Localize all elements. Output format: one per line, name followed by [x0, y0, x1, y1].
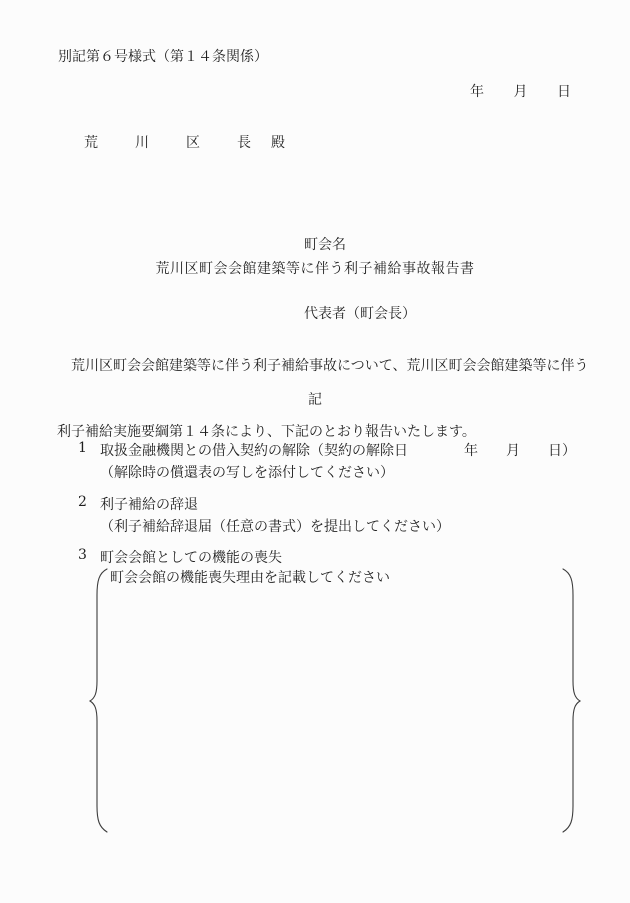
item-3-text: 町会会館としての機能の喪失	[100, 547, 282, 567]
document-title: 荒川区町会会館建築等に伴う利子補給事故報告書	[0, 258, 630, 278]
date-line: 年 月 日	[470, 81, 572, 101]
item-2-text: 利子補給の辞退	[100, 494, 198, 514]
right-brace-icon	[563, 569, 580, 832]
body-line-1: 荒川区町会会館建築等に伴う利子補給事故について、荒川区町会会館建築等に伴う	[57, 355, 579, 377]
item-1-note: （解除時の償還表の写しを添付してください）	[100, 462, 394, 482]
item-3-row: 3 町会会館としての機能の喪失	[78, 547, 282, 567]
left-brace-icon	[90, 569, 107, 832]
addressee-line: 荒 川 区 長 殿	[84, 132, 288, 152]
form-number-label: 別記第６号様式（第１４条関係）	[58, 46, 268, 66]
item-1-number: 1	[78, 440, 100, 460]
item-2-note: （利子補給辞退届（任意の書式）を提出してください）	[100, 516, 450, 536]
document-page: 別記第６号様式（第１４条関係） 年 月 日 荒 川 区 長 殿 町会名 代表者（…	[0, 0, 630, 903]
sender-org-label: 町会名	[304, 234, 416, 257]
item-2-number: 2	[78, 494, 100, 514]
item-2-row: 2 利子補給の辞退	[78, 494, 198, 514]
item-3-reason-prompt: 町会会館の機能喪失理由を記載してください	[110, 567, 390, 587]
item-1-row: 1 取扱金融機関との借入契約の解除（契約の解除日 年 月 日）	[78, 440, 576, 460]
item-3-number: 3	[78, 547, 100, 567]
item-1-text: 取扱金融機関との借入契約の解除（契約の解除日 年 月 日）	[100, 440, 576, 460]
record-heading: 記	[0, 389, 630, 409]
